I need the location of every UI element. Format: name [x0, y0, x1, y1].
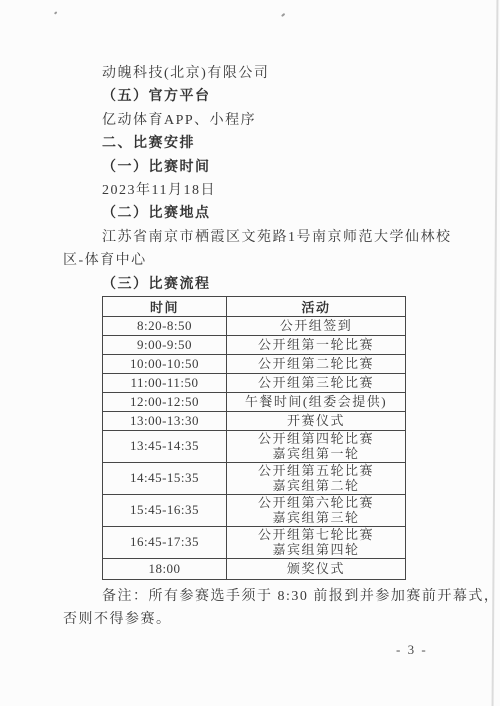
activity-line-1: 公开组第五轮比赛 [227, 463, 405, 479]
activity-cell: 公开组第七轮比赛 嘉宾组第四轮 [227, 526, 406, 558]
activity-line-1: 午餐时间(组委会提供) [227, 394, 405, 410]
table-row: 8:20-8:50 公开组签到 [103, 316, 406, 335]
venue-line-1: 江苏省南京市栖霞区文苑路1号南京师范大学仙林校 [63, 226, 459, 249]
activity-cell: 公开组第四轮比赛 嘉宾组第一轮 [227, 430, 406, 462]
time-cell: 16:45-17:35 [103, 526, 227, 558]
time-cell: 13:45-14:35 [103, 430, 227, 462]
activity-line-1: 公开组签到 [227, 318, 405, 334]
table-row: 15:45-16:35 公开组第六轮比赛 嘉宾组第三轮 [103, 494, 406, 526]
note-line-2: 否则不得参赛。 [63, 608, 459, 631]
table-row: 18:00 颁奖仪式 [103, 558, 406, 579]
heading-competition-arrangement: 二、比赛安排 [63, 132, 459, 155]
activity-cell: 公开组第三轮比赛 [227, 373, 406, 392]
activity-line-1: 开赛仪式 [227, 413, 405, 429]
document-page: 动魄科技(北京)有限公司 （五）官方平台 亿动体育APP、小程序 二、比赛安排 … [0, 0, 500, 706]
time-cell: 9:00-9:50 [103, 335, 227, 354]
activity-line-1: 公开组第七轮比赛 [227, 527, 405, 543]
heading-competition-time: （一）比赛时间 [63, 156, 459, 179]
official-platform-line: 亿动体育APP、小程序 [63, 109, 459, 132]
scan-speck [54, 11, 57, 14]
activity-line-1: 公开组第四轮比赛 [227, 431, 405, 447]
activity-line-2: 嘉宾组第二轮 [227, 478, 405, 494]
time-cell: 13:00-13:30 [103, 411, 227, 430]
time-cell: 18:00 [103, 558, 227, 579]
table-row: 14:45-15:35 公开组第五轮比赛 嘉宾组第二轮 [103, 462, 406, 494]
competition-date-line: 2023年11月18日 [63, 179, 459, 202]
activity-cell: 午餐时间(组委会提供) [227, 392, 406, 411]
time-cell: 15:45-16:35 [103, 494, 227, 526]
activity-cell: 公开组第一轮比赛 [227, 335, 406, 354]
activity-cell: 公开组第五轮比赛 嘉宾组第二轮 [227, 462, 406, 494]
document-body: 动魄科技(北京)有限公司 （五）官方平台 亿动体育APP、小程序 二、比赛安排 … [63, 62, 459, 632]
scan-speck [281, 13, 285, 17]
venue-line-2: 区-体育中心 [63, 249, 459, 272]
activity-cell: 公开组第六轮比赛 嘉宾组第三轮 [227, 494, 406, 526]
table-row: 16:45-17:35 公开组第七轮比赛 嘉宾组第四轮 [103, 526, 406, 558]
activity-line-1: 公开组第六轮比赛 [227, 495, 405, 511]
heading-official-platform: （五）官方平台 [63, 85, 459, 108]
heading-competition-schedule: （三）比赛流程 [63, 273, 459, 296]
activity-cell: 公开组签到 [227, 316, 406, 335]
activity-line-2: 嘉宾组第三轮 [227, 510, 405, 526]
note-paragraph: 备注：所有参赛选手须于 8:30 前报到并参加赛前开幕式， 否则不得参赛。 [63, 585, 459, 632]
time-cell: 12:00-12:50 [103, 392, 227, 411]
activity-cell: 公开组第二轮比赛 [227, 354, 406, 373]
time-cell: 11:00-11:50 [103, 373, 227, 392]
activity-cell: 开赛仪式 [227, 411, 406, 430]
activity-line-1: 颁奖仪式 [227, 561, 405, 577]
table-row: 12:00-12:50 午餐时间(组委会提供) [103, 392, 406, 411]
schedule-table: 时间 活动 8:20-8:50 公开组签到 9:00-9:50 公开组第一轮比赛 [102, 296, 406, 580]
time-cell: 14:45-15:35 [103, 462, 227, 494]
activity-line-1: 公开组第二轮比赛 [227, 356, 405, 372]
note-line-1: 备注：所有参赛选手须于 8:30 前报到并参加赛前开幕式， [63, 585, 459, 608]
activity-line-1: 公开组第三轮比赛 [227, 375, 405, 391]
activity-cell: 颁奖仪式 [227, 558, 406, 579]
table-row: 10:00-10:50 公开组第二轮比赛 [103, 354, 406, 373]
col-header-activity: 活动 [227, 296, 406, 316]
time-cell: 8:20-8:50 [103, 316, 227, 335]
table-row: 13:00-13:30 开赛仪式 [103, 411, 406, 430]
col-header-time: 时间 [103, 296, 227, 316]
page-number: - 3 - [396, 642, 428, 658]
activity-line-1: 公开组第一轮比赛 [227, 337, 405, 353]
activity-line-2: 嘉宾组第一轮 [227, 446, 405, 462]
table-row: 9:00-9:50 公开组第一轮比赛 [103, 335, 406, 354]
heading-competition-venue: （二）比赛地点 [63, 202, 459, 225]
company-name-line: 动魄科技(北京)有限公司 [63, 62, 459, 85]
table-row: 11:00-11:50 公开组第三轮比赛 [103, 373, 406, 392]
time-cell: 10:00-10:50 [103, 354, 227, 373]
table-header-row: 时间 活动 [103, 296, 406, 316]
activity-line-2: 嘉宾组第四轮 [227, 542, 405, 558]
table-row: 13:45-14:35 公开组第四轮比赛 嘉宾组第一轮 [103, 430, 406, 462]
